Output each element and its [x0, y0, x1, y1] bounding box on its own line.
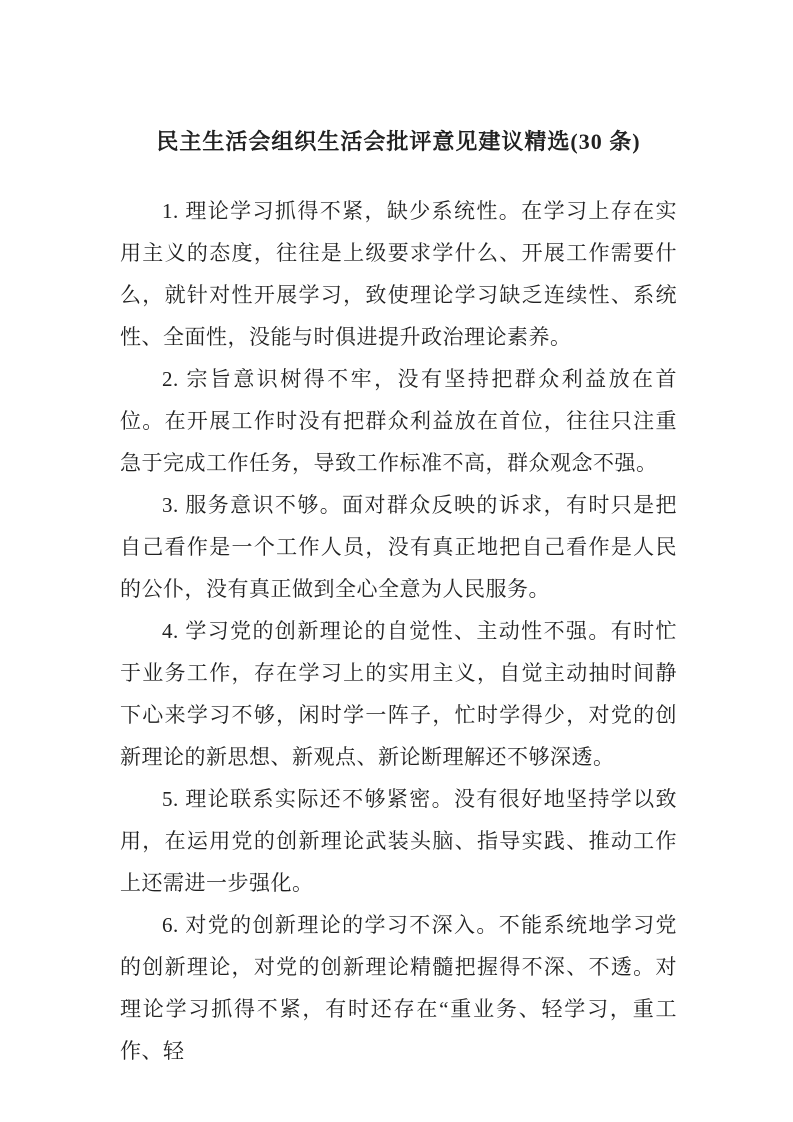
document-title: 民主生活会组织生活会批评意见建议精选(30 条) — [120, 120, 677, 164]
document-page: 民主生活会组织生活会批评意见建议精选(30 条) 1. 理论学习抓得不紧，缺少系… — [0, 0, 793, 1122]
paragraph-1: 1. 理论学习抓得不紧，缺少系统性。在学习上存在实用主义的态度，往往是上级要求学… — [120, 190, 677, 358]
paragraph-3: 3. 服务意识不够。面对群众反映的诉求，有时只是把自己看作是一个工作人员，没有真… — [120, 484, 677, 610]
paragraph-6-truncated: 6. 对党的创新理论的学习不深入。不能系统地学习党的创新理论，对党的创新理论精髓… — [120, 904, 677, 1072]
paragraph-2: 2. 宗旨意识树得不牢，没有坚持把群众利益放在首位。在开展工作时没有把群众利益放… — [120, 358, 677, 484]
paragraph-5: 5. 理论联系实际还不够紧密。没有很好地坚持学以致用，在运用党的创新理论武装头脑… — [120, 778, 677, 904]
paragraph-4: 4. 学习党的创新理论的自觉性、主动性不强。有时忙于业务工作，存在学习上的实用主… — [120, 610, 677, 778]
